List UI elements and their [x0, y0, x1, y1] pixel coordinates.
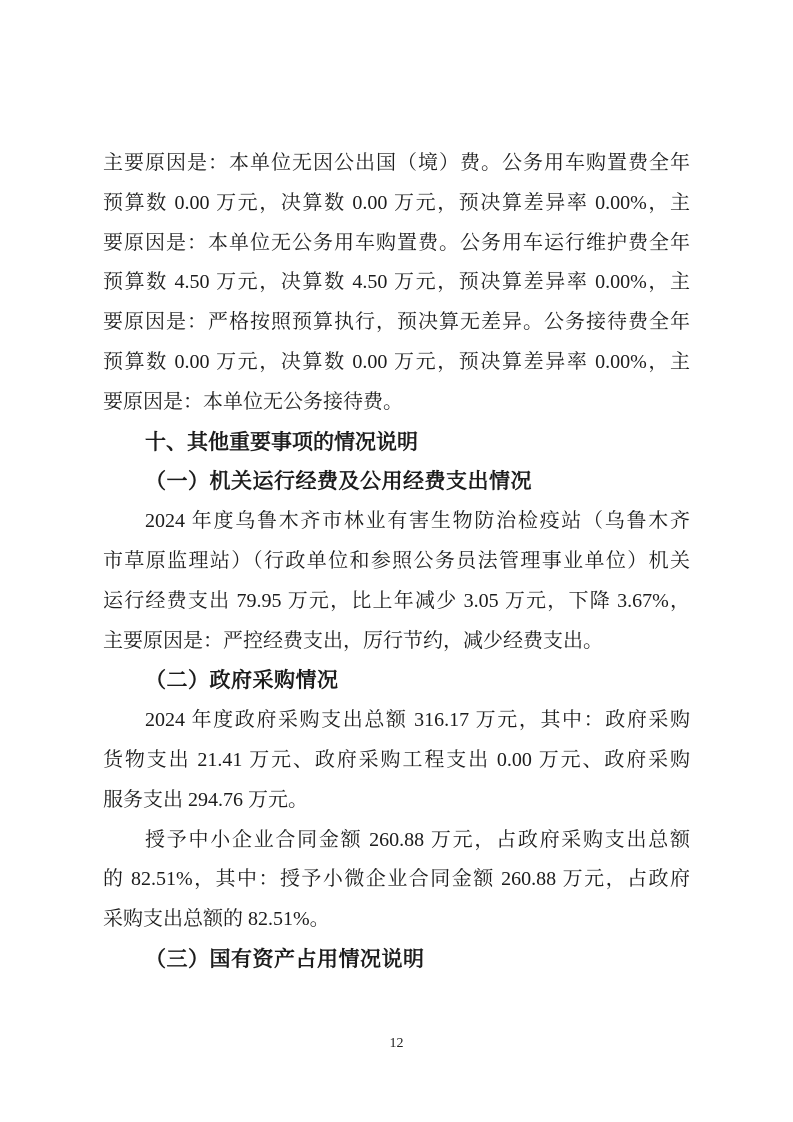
subsection-heading-government-procurement: （二）政府采购情况: [103, 661, 690, 701]
paragraph-procurement-sme-line: 的 82.51%，其中：授予小微企业合同金额 260.88 万元，占政府: [103, 860, 690, 900]
paragraph-procurement-sme-line: 授予中小企业合同金额 260.88 万元，占政府采购支出总额: [103, 821, 690, 861]
document-page: 主要原因是：本单位无因公出国（境）费。公务用车购置费全年 预算数 0.00 万元…: [0, 0, 793, 1122]
paragraph-procurement-sme-line: 采购支出总额的 82.51%。: [103, 900, 690, 940]
paragraph-operating-expenses-line: 运行经费支出 79.95 万元，比上年减少 3.05 万元，下降 3.67%，: [103, 582, 690, 622]
paragraph-procurement-total-line: 服务支出 294.76 万元。: [103, 781, 690, 821]
page-number: 12: [0, 1036, 793, 1052]
paragraph-operating-expenses-line: 市草原监理站）（行政单位和参照公务员法管理事业单位）机关: [103, 542, 690, 582]
section-heading-other-important-items: 十、其他重要事项的情况说明: [103, 423, 690, 463]
paragraph-operating-expenses-line: 主要原因是：严控经费支出，厉行节约，减少经费支出。: [103, 622, 690, 662]
paragraph-procurement-total-line: 2024 年度政府采购支出总额 316.17 万元，其中：政府采购: [103, 701, 690, 741]
paragraph-sangong-line: 要原因是：本单位无公务接待费。: [103, 383, 690, 423]
document-body: 主要原因是：本单位无因公出国（境）费。公务用车购置费全年 预算数 0.00 万元…: [103, 144, 690, 980]
paragraph-sangong-line: 要原因是：严格按照预算执行，预决算无差异。公务接待费全年: [103, 303, 690, 343]
paragraph-procurement-total-line: 货物支出 21.41 万元、政府采购工程支出 0.00 万元、政府采购: [103, 741, 690, 781]
paragraph-sangong-line: 预算数 0.00 万元，决算数 0.00 万元，预决算差异率 0.00%，主: [103, 184, 690, 224]
paragraph-sangong-line: 要原因是：本单位无公务用车购置费。公务用车运行维护费全年: [103, 224, 690, 264]
paragraph-sangong-line: 预算数 4.50 万元，决算数 4.50 万元，预决算差异率 0.00%，主: [103, 263, 690, 303]
subsection-heading-state-owned-assets: （三）国有资产占用情况说明: [103, 940, 690, 980]
paragraph-operating-expenses-line: 2024 年度乌鲁木齐市林业有害生物防治检疫站（乌鲁木齐: [103, 502, 690, 542]
paragraph-sangong-line: 主要原因是：本单位无因公出国（境）费。公务用车购置费全年: [103, 144, 690, 184]
paragraph-sangong-line: 预算数 0.00 万元，决算数 0.00 万元，预决算差异率 0.00%，主: [103, 343, 690, 383]
subsection-heading-operating-expenses: （一）机关运行经费及公用经费支出情况: [103, 462, 690, 502]
